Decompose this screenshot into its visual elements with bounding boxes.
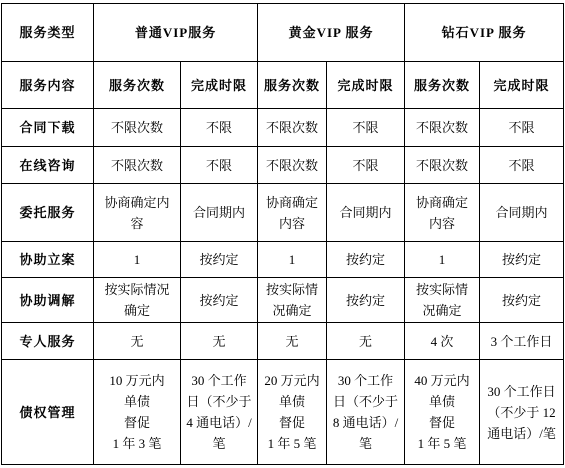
data-cell: 协商确定 内容 (258, 184, 327, 242)
row-label: 委托服务 (2, 184, 94, 242)
row-label: 协助立案 (2, 242, 94, 278)
data-cell: 按实际情 况确定 (405, 278, 480, 323)
data-cell: 30 个工作 日（不少于 8 通电话）/ 笔 (327, 360, 405, 465)
row-label: 合同下载 (2, 109, 94, 147)
data-cell: 无 (258, 323, 327, 360)
data-cell: 40 万元内 单债 督促 1 年 5 笔 (405, 360, 480, 465)
data-cell: 合同期内 (327, 184, 405, 242)
header-row-columns: 服务内容 服务次数 完成时限 服务次数 完成时限 服务次数 完成时限 (2, 62, 564, 109)
data-cell: 协商确定 内容 (405, 184, 480, 242)
table-row-entrusted-service: 委托服务 协商确定内 容 合同期内 协商确定 内容 合同期内 协商确定 内容 合… (2, 184, 564, 242)
data-cell: 不限 (327, 109, 405, 147)
row-label: 协助调解 (2, 278, 94, 323)
header-normal-vip: 普通VIP服务 (94, 4, 258, 62)
data-cell: 合同期内 (181, 184, 258, 242)
header-diamond-vip: 钻石VIP 服务 (405, 4, 564, 62)
header-limit-gold: 完成时限 (327, 62, 405, 109)
data-cell: 按约定 (480, 278, 564, 323)
header-times-diamond: 服务次数 (405, 62, 480, 109)
header-row-tiers: 服务类型 普通VIP服务 黄金VIP 服务 钻石VIP 服务 (2, 4, 564, 62)
data-cell: 不限 (327, 147, 405, 184)
data-cell: 按实际情况 确定 (94, 278, 181, 323)
data-cell: 30 个工作日 （不少于 12 通电话）/笔 (480, 360, 564, 465)
data-cell: 不限 (181, 147, 258, 184)
data-cell: 协商确定内 容 (94, 184, 181, 242)
data-cell: 1 (94, 242, 181, 278)
table-row-assist-mediation: 协助调解 按实际情况 确定 按约定 按实际情 况确定 按约定 按实际情 况确定 … (2, 278, 564, 323)
data-cell: 1 (258, 242, 327, 278)
table-row-debt-management: 债权管理 10 万元内 单债 督促 1 年 3 笔 30 个工作 日（不少于 4… (2, 360, 564, 465)
data-cell: 10 万元内 单债 督促 1 年 3 笔 (94, 360, 181, 465)
data-cell: 无 (327, 323, 405, 360)
data-cell: 按实际情 况确定 (258, 278, 327, 323)
data-cell: 1 (405, 242, 480, 278)
table-row-online-consult: 在线咨询 不限次数 不限 不限次数 不限 不限次数 不限 (2, 147, 564, 184)
data-cell: 20 万元内 单债 督促 1 年 5 笔 (258, 360, 327, 465)
header-times-gold: 服务次数 (258, 62, 327, 109)
data-cell: 按约定 (181, 242, 258, 278)
data-cell: 按约定 (181, 278, 258, 323)
data-cell: 不限 (181, 109, 258, 147)
header-limit-normal: 完成时限 (181, 62, 258, 109)
table-row-contract-download: 合同下载 不限次数 不限 不限次数 不限 不限次数 不限 (2, 109, 564, 147)
header-gold-vip: 黄金VIP 服务 (258, 4, 405, 62)
data-cell: 合同期内 (480, 184, 564, 242)
header-times-normal: 服务次数 (94, 62, 181, 109)
data-cell: 无 (94, 323, 181, 360)
table-row-assist-filing: 协助立案 1 按约定 1 按约定 1 按约定 (2, 242, 564, 278)
header-limit-diamond: 完成时限 (480, 62, 564, 109)
row-label: 在线咨询 (2, 147, 94, 184)
data-cell: 4 次 (405, 323, 480, 360)
header-service-content: 服务内容 (2, 62, 94, 109)
data-cell: 不限 (480, 109, 564, 147)
data-cell: 不限次数 (94, 147, 181, 184)
data-cell: 按约定 (327, 242, 405, 278)
row-label: 专人服务 (2, 323, 94, 360)
data-cell: 不限次数 (405, 109, 480, 147)
data-cell: 不限次数 (94, 109, 181, 147)
table-row-dedicated-service: 专人服务 无 无 无 无 4 次 3 个工作日 (2, 323, 564, 360)
data-cell: 无 (181, 323, 258, 360)
header-service-type: 服务类型 (2, 4, 94, 62)
data-cell: 3 个工作日 (480, 323, 564, 360)
data-cell: 不限次数 (405, 147, 480, 184)
data-cell: 不限次数 (258, 109, 327, 147)
data-cell: 30 个工作 日（不少于 4 通电话）/ 笔 (181, 360, 258, 465)
vip-service-table: 服务类型 普通VIP服务 黄金VIP 服务 钻石VIP 服务 服务内容 服务次数… (1, 3, 564, 465)
data-cell: 按约定 (480, 242, 564, 278)
data-cell: 按约定 (327, 278, 405, 323)
row-label: 债权管理 (2, 360, 94, 465)
data-cell: 不限次数 (258, 147, 327, 184)
data-cell: 不限 (480, 147, 564, 184)
page: 服务类型 普通VIP服务 黄金VIP 服务 钻石VIP 服务 服务内容 服务次数… (0, 0, 565, 465)
